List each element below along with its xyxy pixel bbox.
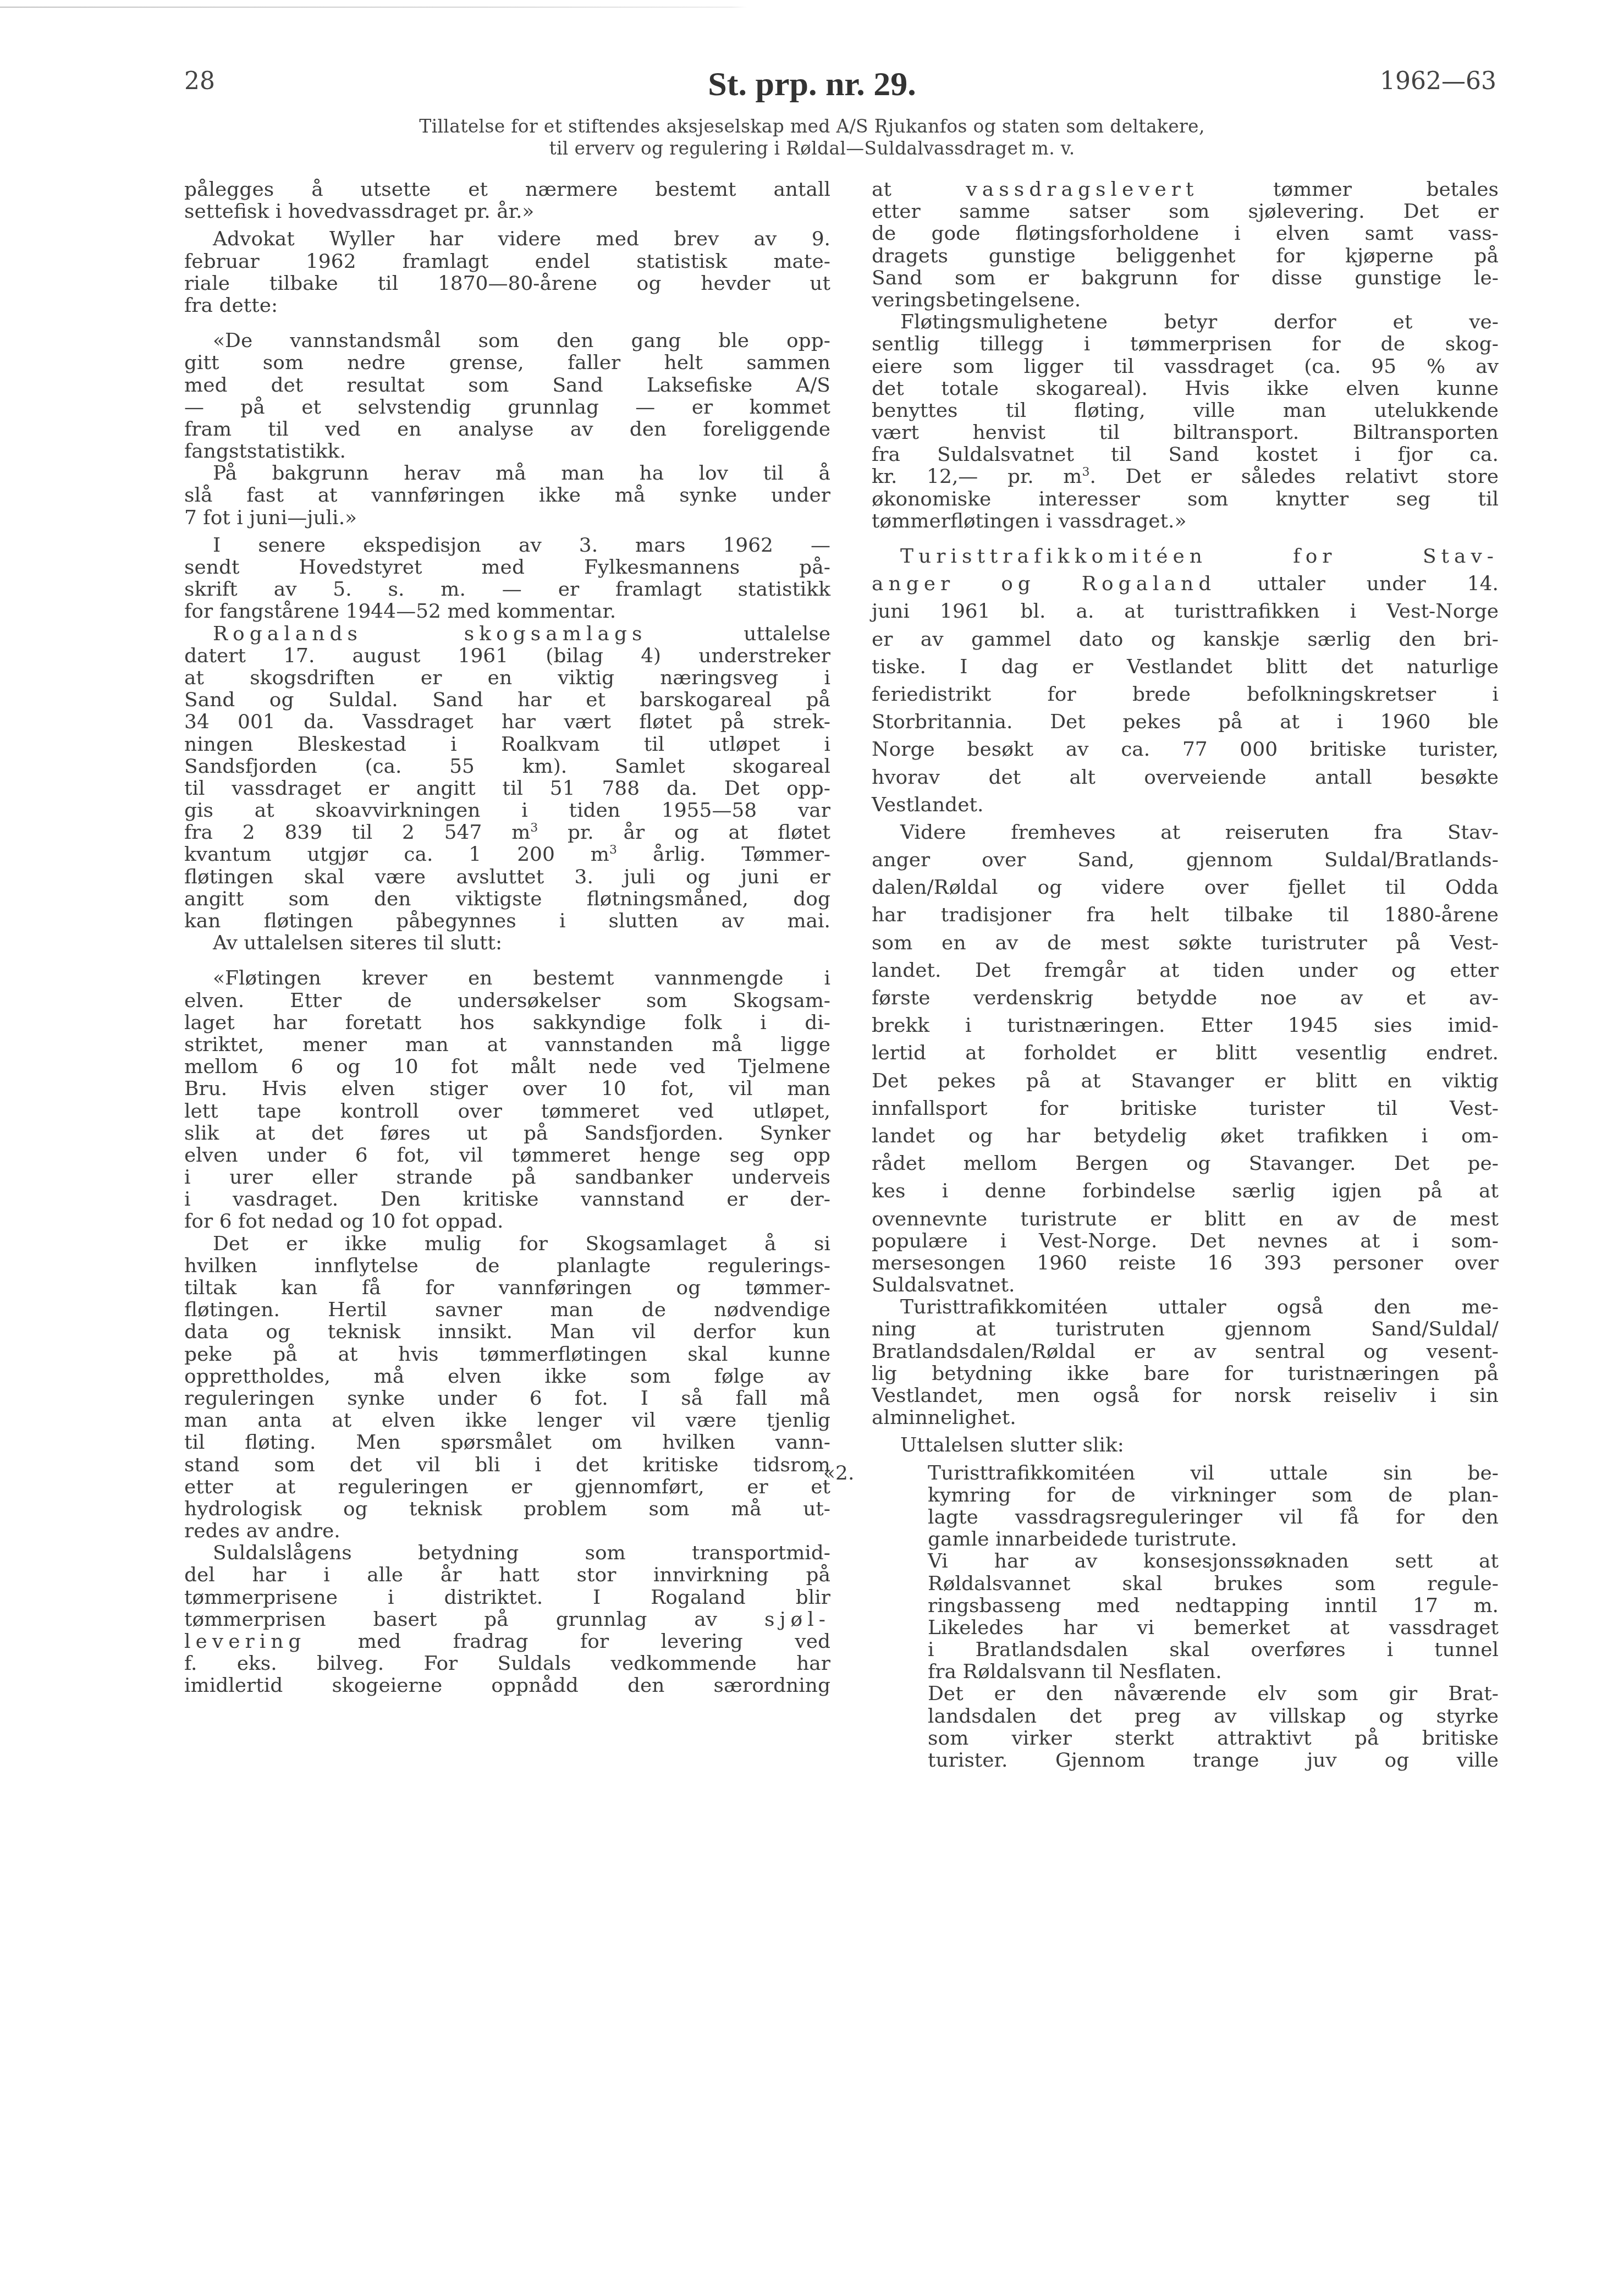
text-line: rådet mellom Bergen og Stavanger. Det pe… (872, 1153, 1499, 1175)
quote-line: hvilken innflytelse de planlagte reguler… (184, 1255, 830, 1277)
quote-line: data og teknisk innsikt. Man vil derfor … (184, 1321, 830, 1343)
scan-edge-line (0, 7, 1624, 8)
quote-line: mellom 6 og 10 fot målt nede ved Tjelmen… (184, 1056, 830, 1078)
quote-line: tømmerprisen basert på grunnlag av sjøl- (184, 1609, 830, 1631)
quote-line: redes av andre. (184, 1520, 830, 1542)
text-line: Rogalands skogsamlags uttalelse (184, 623, 830, 645)
numbered-quote-line: som virker sterkt attraktivt på britiske (872, 1728, 1499, 1750)
text-line: dalen/Røldal og videre over fjellet til … (872, 877, 1499, 899)
text-line: ning at turistruten gjennom Sand/Suldal/ (872, 1318, 1499, 1340)
quote-line: lett tape kontroll over tømmeret ved utl… (184, 1101, 830, 1123)
quote-line: tømmerprisene i distriktet. I Rogaland b… (184, 1587, 830, 1609)
text-line: Advokat Wyller har videre med brev av 9. (184, 228, 830, 250)
spaced-emphasis: Rogalands skogsamlags (213, 623, 647, 645)
right-column: at vassdragslevert tømmer betales etter … (872, 179, 1499, 1772)
text-line: datert 17. august 1961 (bilag 4) underst… (184, 645, 830, 667)
left-column: pålegges å utsette et nærmere bestemt an… (184, 179, 830, 1697)
numbered-quote-line: Det er den nåværende elv som gir Brat- (872, 1683, 1499, 1705)
text-line: Vestlandet, men også for norsk reiseliv … (872, 1385, 1499, 1407)
quote-line: gitt som nedre grense, faller helt samme… (184, 352, 830, 374)
quote-line: fløtingen. Hertil savner man de nødvendi… (184, 1299, 830, 1321)
text-line: første verdenskrig betydde noe av et av- (872, 987, 1499, 1009)
text-line: sendt Hovedstyret med Fylkesmannens på- (184, 557, 830, 579)
text-line: Bratlandsdalen/Røldal er av sentral og v… (872, 1341, 1499, 1363)
text-line: alminnelighet. (872, 1407, 1499, 1429)
numbered-quote-line: turister. Gjennom trange juv og ville (872, 1750, 1499, 1772)
text-line: 34 001 da. Vassdraget har vært fløtet på… (184, 711, 830, 733)
numbered-quote-line: ringsbasseng med nedtapping inntil 17 m. (872, 1595, 1499, 1617)
quote-line: opprettholdes, må elven ikke som følge a… (184, 1366, 830, 1388)
numbered-quote-line: gamle innarbeidede turistrute. (872, 1528, 1499, 1550)
session-year: 1962—63 (1380, 67, 1496, 95)
text-line: Videre fremheves at reiseruten fra Stav- (872, 822, 1499, 844)
quote-line: hydrologisk og teknisk problem som må ut… (184, 1498, 830, 1520)
quote-line: tømmerfløtingen i vassdraget.» (872, 510, 1499, 532)
text-line: har tradisjoner fra helt tilbake til 188… (872, 904, 1499, 926)
quote-line: eiere som ligger til vassdraget (ca. 95 … (872, 356, 1499, 378)
numbered-quote-line: fra Røldalsvann til Nesflaten. (872, 1661, 1499, 1683)
text-line: riale tilbake til 1870—80-årene og hevde… (184, 273, 830, 295)
numbered-quote-line: i Bratlandsdalen skal overføres i tunnel (872, 1639, 1499, 1661)
numbered-quote-line: Likeledes har vi bemerket at vassdraget (872, 1617, 1499, 1639)
quote-line: — på et selvstendig grunnlag — er kommet (184, 397, 830, 419)
subtitle-line-1: Tillatelse for et stiftendes aksjeselska… (0, 116, 1624, 137)
text-line: Vestlandet. (872, 794, 1499, 816)
quote-line: til fløting. Men spørsmålet om hvilken v… (184, 1432, 830, 1454)
quote-line: økonomiske interesser som knytter seg ti… (872, 488, 1499, 510)
text-line: Uttalelsen slutter slik: (872, 1434, 1499, 1456)
quote-line: med det resultat som Sand Laksefiske A/S (184, 375, 830, 397)
numbered-quote-line: kymring for de virkninger som de plan- (872, 1484, 1499, 1506)
text-line: Norge besøkt av ca. 77 000 britiske turi… (872, 739, 1499, 761)
numbered-quote-line: «2.Turisttrafikkomitéen vil uttale sin b… (872, 1462, 1499, 1484)
quote-line: peke på at hvis tømmerfløtingen skal kun… (184, 1344, 830, 1366)
text-line: fra dette: (184, 295, 830, 317)
quote-line: slå fast at vannføringen ikke må synke u… (184, 485, 830, 507)
quote-line: imidlertid skogeierne oppnådd den særord… (184, 1675, 830, 1697)
text-line: lertid at forholdet er blitt vesentlig e… (872, 1042, 1499, 1064)
spaced-emphasis: levering (184, 1630, 306, 1653)
text-line: kes i denne forbindelse særlig igjen på … (872, 1180, 1499, 1202)
text-line: som en av de mest søkte turistruter på V… (872, 932, 1499, 954)
text-line: ovennevnte turistrute er blitt en av de … (872, 1208, 1499, 1230)
text-line: innfallsport for britiske turister til V… (872, 1098, 1499, 1120)
numbered-quote-line: landsdalen det preg av villskap og styrk… (872, 1706, 1499, 1728)
numbered-quote-line: Røldalsvannet skal brukes som regule- (872, 1573, 1499, 1595)
quote-line: for 6 fot nedad og 10 fot oppad. (184, 1211, 830, 1233)
quote-line: laget har foretatt hos sakkyndige folk i… (184, 1012, 830, 1034)
quote-line: Fløtingsmulighetene betyr derfor et ve- (872, 311, 1499, 333)
quote-line: sentlig tillegg i tømmerprisen for de sk… (872, 333, 1499, 355)
text-line: angitt som den viktigste fløtningsmåned,… (184, 888, 830, 910)
quote-line: kr. 12,— pr. m3. Det er således relativt… (872, 466, 1499, 488)
quote-line: Bru. Hvis elven stiger over 10 fot, vil … (184, 1078, 830, 1100)
text-line: ningen Bleskestad i Roalkvam til utløpet… (184, 734, 830, 756)
quote-line: fra Suldalsvatnet til Sand kostet i fjor… (872, 444, 1499, 466)
text-line: februar 1962 framlagt endel statistisk m… (184, 251, 830, 273)
quote-line: vært henvist til biltransport. Biltransp… (872, 422, 1499, 444)
text-line: feriedistrikt for brede befolkningskrets… (872, 684, 1499, 706)
quote-line: at vassdragslevert tømmer betales (872, 179, 1499, 201)
quote-line: man anta at elven ikke lenger vil være t… (184, 1410, 830, 1432)
quote-line: 7 fot i juni—juli.» (184, 507, 830, 529)
quote-line: etter at reguleringen er gjennomført, er… (184, 1476, 830, 1498)
quote-line: fangststatistikk. (184, 441, 830, 463)
quote-line: tiltak kan få for vannføringen og tømmer… (184, 1277, 830, 1299)
text-line: I senere ekspedisjon av 3. mars 1962 — (184, 535, 830, 557)
text-line: fra 2 839 til 2 547 m3 pr. år og at fløt… (184, 822, 830, 844)
text-line: for fangstårene 1944—52 med kommentar. (184, 601, 830, 623)
text-line: populære i Vest-Norge. Det nevnes at i s… (872, 1230, 1499, 1252)
quote-line: Suldalslågens betydning som transportmid… (184, 1542, 830, 1564)
quote-line: del har i alle år hatt stor innvirkning … (184, 1564, 830, 1586)
quote-line: «Fløtingen krever en bestemt vannmengde … (184, 967, 830, 989)
spaced-emphasis: vassdragslevert (966, 178, 1198, 201)
text-line: juni 1961 bl. a. at turisttrafikken i Ve… (872, 601, 1499, 623)
spaced-emphasis: anger og Rogaland (872, 573, 1216, 595)
quote-line: dragets gunstige beliggenhet for kjøpern… (872, 245, 1499, 267)
text-line: pålegges å utsette et nærmere bestemt an… (184, 179, 830, 201)
numbered-quote-line: Vi har av konsesjonssøknaden sett at (872, 1550, 1499, 1572)
quote-line: det totale skogareal). Hvis ikke elven k… (872, 378, 1499, 400)
text-line: er av gammel dato og kanskje særlig den … (872, 629, 1499, 651)
quote-line: stand som det vil bli i det kritiske tid… (184, 1454, 830, 1476)
text-line: tiske. I dag er Vestlandet blitt det nat… (872, 656, 1499, 678)
text-line: lig betydning ikke bare for turistnæring… (872, 1363, 1499, 1385)
quote-line: elven under 6 fot, vil tømmeret henge se… (184, 1145, 830, 1167)
text-line: gis at skoavvirkningen i tiden 1955—58 v… (184, 800, 830, 822)
text-line: Sand og Suldal. Sand har et barskogareal… (184, 689, 830, 711)
quote-line: i vasdraget. Den kritiske vannstand er d… (184, 1189, 830, 1211)
text-line: anger og Rogaland uttaler under 14. (872, 573, 1499, 595)
quote-line: reguleringen synke under 6 fot. I så fal… (184, 1388, 830, 1410)
spaced-emphasis: sjøl- (764, 1608, 830, 1631)
quote-line: f. eks. bilveg. For Suldals vedkommende … (184, 1653, 830, 1675)
text-line: Turisttrafikkomitéen for Stav- (872, 546, 1499, 568)
text-line: Turisttrafikkomitéen uttaler også den me… (872, 1296, 1499, 1318)
text-line: til vassdraget er angitt til 51 788 da. … (184, 778, 830, 800)
quote-line: På bakgrunn herav må man ha lov til å (184, 463, 830, 485)
quote-line: striktet, mener man at vannstanden må li… (184, 1034, 830, 1056)
quote-line: Det er ikke mulig for Skogsamlaget å si (184, 1233, 830, 1255)
text-line: Av uttalelsen siteres til slutt: (184, 932, 830, 954)
text-line: settefisk i hovedvassdraget pr. år.» (184, 201, 830, 223)
item-number: «2. (823, 1462, 854, 1484)
quote-line: «De vannstandsmål som den gang ble opp- (184, 330, 830, 352)
subtitle-line-2: til erverv og regulering i Røldal—Suldal… (0, 138, 1624, 159)
text-line: brekk i turistnæringen. Etter 1945 sies … (872, 1015, 1499, 1037)
quote-line: benyttes til fløting, ville man utelukke… (872, 400, 1499, 422)
text-line: Sandsfjorden (ca. 55 km). Samlet skogare… (184, 756, 830, 778)
quote-line: de gode fløtingsforholdene i elven samt … (872, 223, 1499, 245)
text-line: Storbritannia. Det pekes på at i 1960 bl… (872, 711, 1499, 733)
text-line: anger over Sand, gjennom Suldal/Bratland… (872, 849, 1499, 871)
text-line: at skogsdriften er en viktig næringsveg … (184, 667, 830, 689)
numbered-quote-line: lagte vassdragsreguleringer vil få for d… (872, 1506, 1499, 1528)
text-line: kvantum utgjør ca. 1 200 m3 årlig. Tømme… (184, 844, 830, 866)
text-line: Suldalsvatnet. (872, 1274, 1499, 1296)
text-line: hvorav det alt overveiende antall besøkt… (872, 767, 1499, 789)
quote-line: elven. Etter de undersøkelser som Skogsa… (184, 990, 830, 1012)
text-line: kan fløtingen påbegynnes i slutten av ma… (184, 910, 830, 932)
text-line: landet. Det fremgår at tiden under og et… (872, 960, 1499, 982)
quote-line: veringsbetingelsene. (872, 289, 1499, 311)
quote-line: slik at det føres ut på Sandsfjorden. Sy… (184, 1123, 830, 1145)
quote-line: i urer eller strande på sandbanker under… (184, 1167, 830, 1189)
text-line: landet og har betydelig øket trafikken i… (872, 1125, 1499, 1147)
text-line: Det pekes på at Stavanger er blitt en vi… (872, 1070, 1499, 1092)
spaced-emphasis: Turisttrafikkomitéen for Stav- (900, 545, 1499, 568)
quote-line: levering med fradrag for levering ved (184, 1631, 830, 1653)
text-line: skrift av 5. s. m. — er framlagt statist… (184, 579, 830, 601)
quote-line: etter samme satser som sjølevering. Det … (872, 201, 1499, 223)
quote-line: fram til ved en analyse av den foreligge… (184, 419, 830, 441)
quote-line: Sand som er bakgrunn for disse gunstige … (872, 267, 1499, 289)
text-line: fløtingen skal være avsluttet 3. juli og… (184, 866, 830, 888)
text-line: mersesongen 1960 reiste 16 393 personer … (872, 1252, 1499, 1274)
